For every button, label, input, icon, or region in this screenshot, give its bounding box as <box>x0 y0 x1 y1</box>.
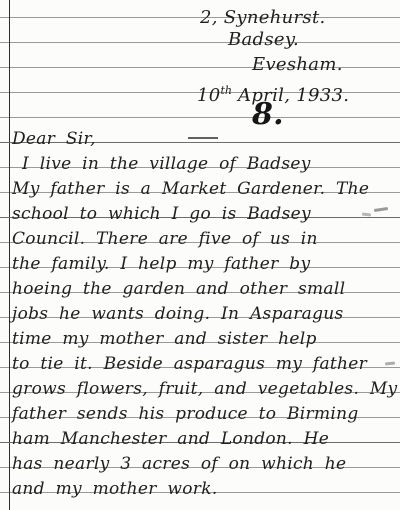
salutation: Dear Sir, <box>12 127 400 152</box>
address-line-2: Badsey. <box>228 27 299 52</box>
body-line: ham Manchester and London. He <box>12 427 400 452</box>
body-line: Council. There are five of us in <box>12 227 400 252</box>
body-line: time my mother and sister help <box>12 327 400 352</box>
body-line: I live in the village of Badsey <box>12 152 400 177</box>
body-line: grows flowers, fruit, and vegetables. My <box>12 377 400 402</box>
body-line: to tie it. Beside asparagus my father <box>12 352 400 377</box>
body-line: has nearly 3 acres of on which he <box>12 452 400 477</box>
date-month-year: April, 1933. <box>232 85 349 106</box>
body-line: jobs he wants doing. In Asparagus <box>12 302 400 327</box>
date-day: 10 <box>197 85 221 106</box>
margin-rule-line <box>9 0 10 510</box>
address-line-3: Evesham. <box>252 52 343 77</box>
date-ordinal-suffix: th <box>221 84 233 97</box>
letter-body: Dear Sir, I live in the village of Badse… <box>12 127 400 502</box>
body-line: and my mother work. <box>12 477 400 502</box>
handwritten-letter-page: 2, Synehurst. Badsey. Evesham. 10th Apri… <box>0 0 400 510</box>
body-line: the family. I help my father by <box>12 252 400 277</box>
body-line: hoeing the garden and other small <box>12 277 400 302</box>
body-line: father sends his produce to Birming <box>12 402 400 427</box>
body-line: school to which I go is Badsey <box>12 202 400 227</box>
grade-mark: 8. <box>252 100 284 130</box>
body-line: My father is a Market Gardener. The <box>12 177 400 202</box>
